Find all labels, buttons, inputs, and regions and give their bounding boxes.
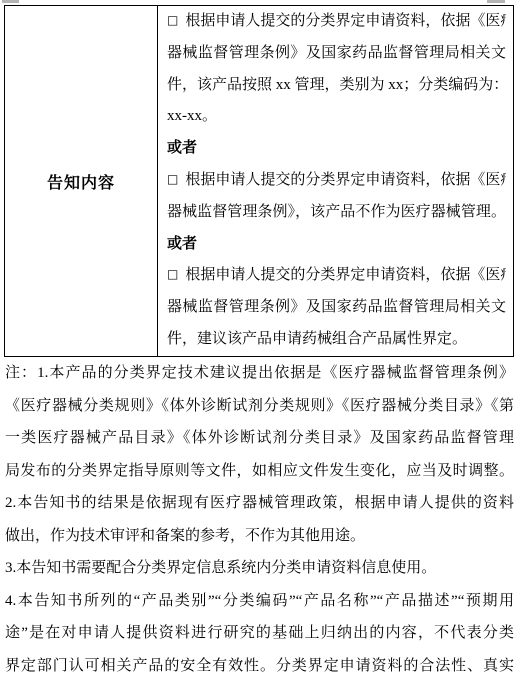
note4-line2: 途”是在对申请人提供资料进行研究的基础上归纳出的内容，不代表分类 (5, 617, 514, 650)
option2-line1: □根据申请人提交的分类界定申请资料，依据《医疗 (167, 165, 506, 197)
checkbox-icon: □ (167, 172, 178, 186)
page-crop-fragment-right (487, 0, 505, 3)
notice-content-table: 告知内容 □根据申请人提交的分类界定申请资料，依据《医疗 器械监督管理条例》及国… (4, 5, 514, 357)
option2-text-start: 根据申请人提交的分类界定申请资料，依据《医疗 (185, 172, 506, 188)
note2-line2: 做出，作为技术审评和备案的参考，不作为其他用途。 (5, 520, 514, 553)
note3-line1: 3.本告知书需要配合分类界定信息系统内分类申请资料信息使用。 (5, 552, 514, 585)
option1-line3: 件，该产品按照 xx 管理，类别为 xx；分类编码为： (167, 70, 506, 102)
note4-line3: 界定部门认可相关产品的安全有效性。分类界定申请资料的合法性、真实 (5, 650, 514, 683)
option3-line1: □根据申请人提交的分类界定申请资料，依据《医疗 (167, 260, 506, 292)
option3-text-start: 根据申请人提交的分类界定申请资料，依据《医疗 (185, 267, 506, 283)
note1-line2: 《医疗器械分类规则》《体外诊断试剂分类规则》《医疗器械分类目录》《第 (5, 390, 514, 423)
document-page: 告知内容 □根据申请人提交的分类界定申请资料，依据《医疗 器械监督管理条例》及国… (0, 0, 519, 684)
note1-line4: 局发布的分类界定指导原则等文件，如相应文件发生变化，应当及时调整。 (5, 455, 514, 488)
or-separator-1: 或者 (167, 133, 506, 165)
note4-line1: 4.本告知书所列的“产品类别”“分类编码”“产品名称”“产品描述”“预期用 (5, 585, 514, 618)
checkbox-icon: □ (167, 13, 178, 27)
note1-line3: 一类医疗器械产品目录》《体外诊断试剂分类目录》及国家药品监督管理 (5, 422, 514, 455)
option1-line2: 器械监督管理条例》及国家药品监督管理局相关文 (167, 38, 506, 70)
option3-line3: 件，建议该产品申请药械组合产品属性界定。 (167, 324, 506, 356)
notice-options-cell: □根据申请人提交的分类界定申请资料，依据《医疗 器械监督管理条例》及国家药品监督… (158, 6, 513, 356)
row-header-cell: 告知内容 (5, 6, 158, 356)
option1-line4: xx-xx。 (167, 101, 506, 133)
row-header-label: 告知内容 (47, 170, 115, 193)
note1-line1: 注：1.本产品的分类界定技术建议提出依据是《医疗器械监督管理条例》 (5, 357, 514, 390)
or-separator-2: 或者 (167, 229, 506, 261)
note2-line1: 2.本告知书的结果是依据现有医疗器械管理政策，根据申请人提供的资料 (5, 487, 514, 520)
option2-line2: 器械监督管理条例》，该产品不作为医疗器械管理。 (167, 197, 506, 229)
option3-line2: 器械监督管理条例》及国家药品监督管理局相关文 (167, 292, 506, 324)
checkbox-icon: □ (167, 267, 178, 281)
option1-text-start: 根据申请人提交的分类界定申请资料，依据《医疗 (185, 13, 506, 29)
option1-line1: □根据申请人提交的分类界定申请资料，依据《医疗 (167, 6, 506, 38)
notes-section: 注：1.本产品的分类界定技术建议提出依据是《医疗器械监督管理条例》 《医疗器械分… (5, 357, 514, 682)
page-crop-fragment-left (2, 0, 19, 3)
